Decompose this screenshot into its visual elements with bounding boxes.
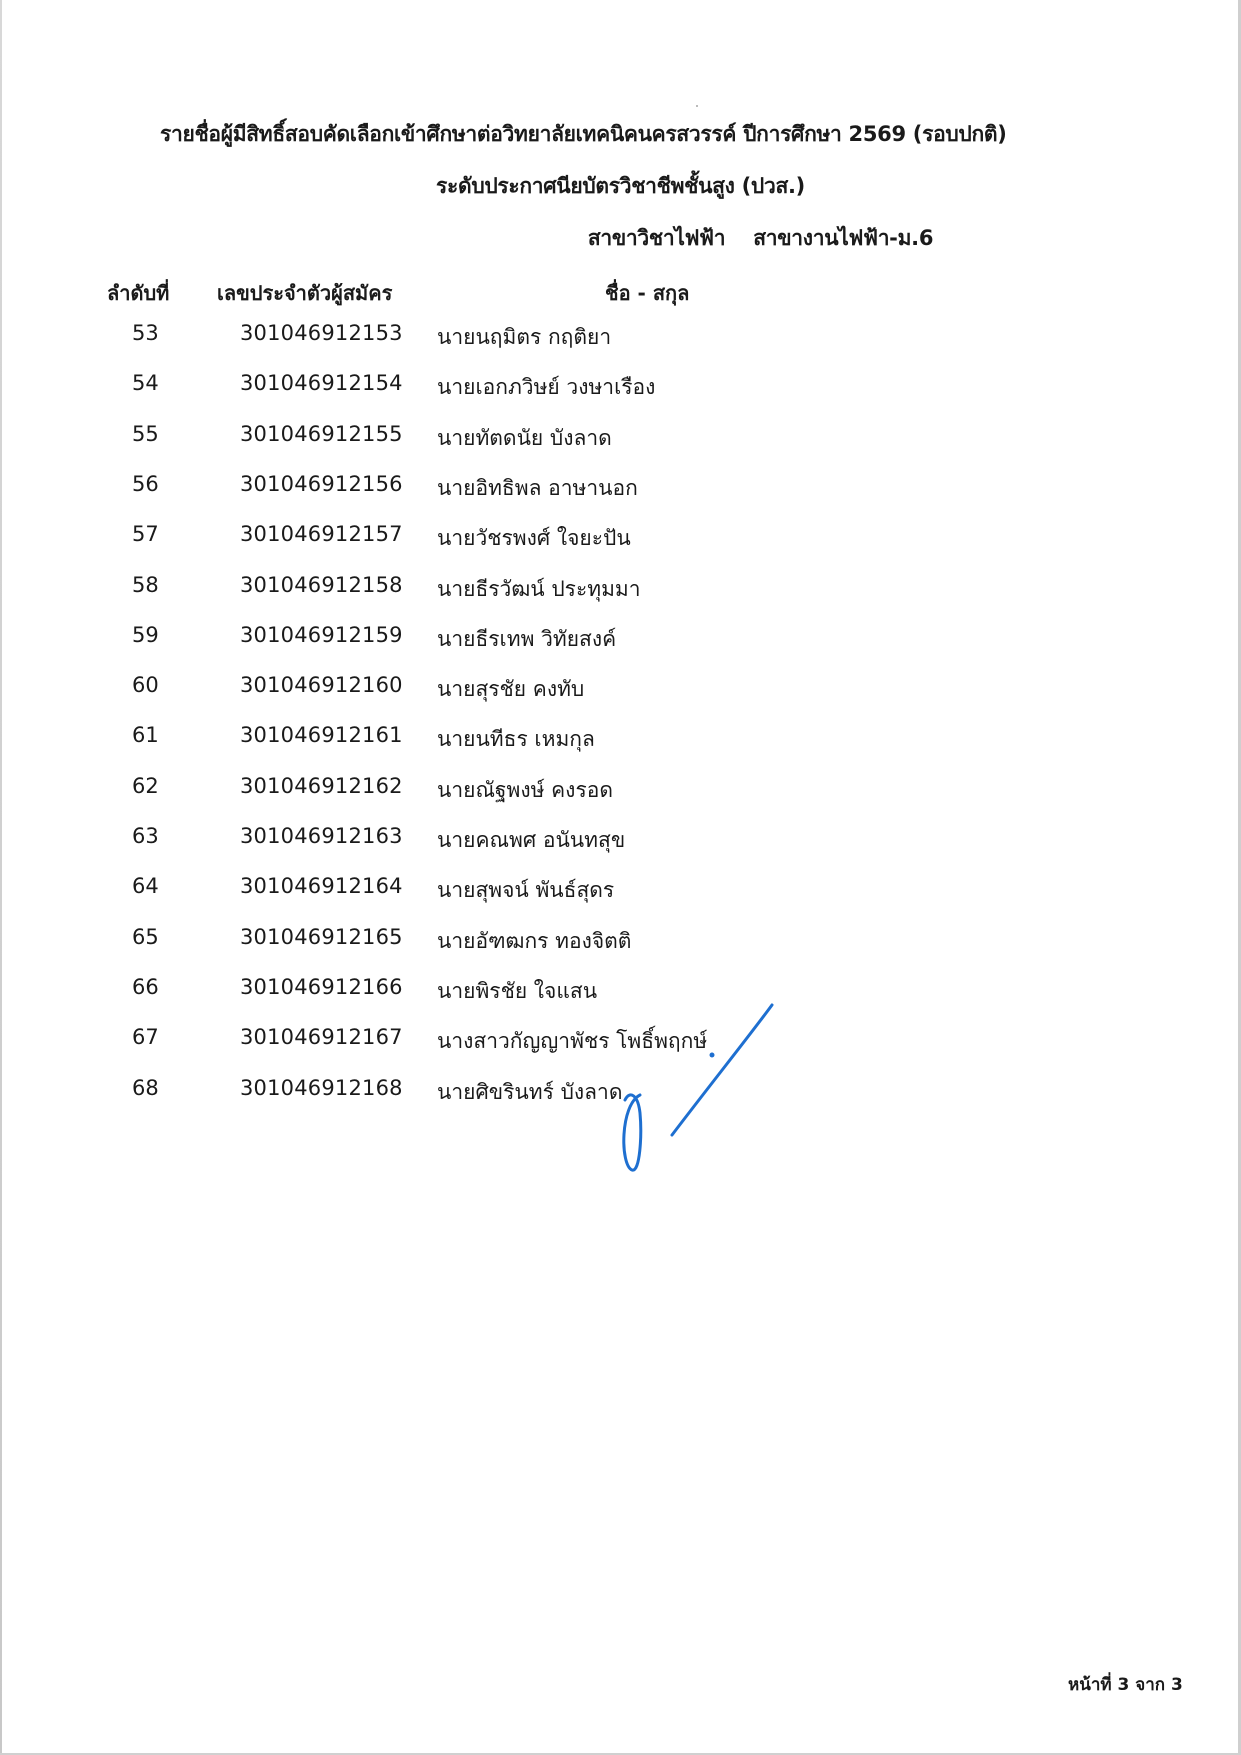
applicant-name: นายสุพจน์ พันธ์สุดร [437, 874, 614, 907]
applicant-id: 301046912154 [240, 371, 403, 395]
applicant-id: 301046912160 [240, 673, 403, 697]
row-number: 54 [132, 371, 159, 395]
applicant-id: 301046912156 [240, 472, 403, 496]
table-row: 58301046912158นายธีรวัฒน์ ประทุมมา [0, 573, 1241, 623]
applicant-id: 301046912163 [240, 824, 403, 848]
row-number: 60 [132, 673, 159, 697]
applicant-id: 301046912157 [240, 522, 403, 546]
department-line: สาขาวิชาไฟฟ้าสาขางานไฟฟ้า-ม.6 [140, 222, 1241, 255]
row-number: 64 [132, 874, 159, 898]
applicant-id: 301046912164 [240, 874, 403, 898]
applicant-name: นายธีรวัฒน์ ประทุมมา [437, 573, 641, 606]
column-header-name: ชื่อ - สกุล [605, 277, 689, 309]
table-row: 56301046912156นายอิทธิพล อาษานอก [0, 472, 1241, 522]
applicant-name: นายคณพศ อนันทสุข [437, 824, 625, 857]
applicant-id: 301046912168 [240, 1076, 403, 1100]
table-row: 59301046912159นายธีรเทพ วิทัยสงค์ [0, 623, 1241, 673]
document-subtitle: ระดับประกาศนียบัตรวิชาชีพชั้นสูง (ปวส.) [0, 170, 1241, 203]
table-row: 64301046912164นายสุพจน์ พันธ์สุดร [0, 874, 1241, 924]
applicant-id: 301046912167 [240, 1025, 403, 1049]
row-number: 59 [132, 623, 159, 647]
row-number: 63 [132, 824, 159, 848]
applicant-name: นายธีรเทพ วิทัยสงค์ [437, 623, 616, 656]
row-number: 67 [132, 1025, 159, 1049]
column-header-applicant-id: เลขประจำตัวผู้สมัคร [217, 277, 392, 309]
applicant-name: นายศิขรินทร์ บังลาด [437, 1076, 622, 1109]
table-row: 60301046912160นายสุรชัย คงทับ [0, 673, 1241, 723]
scan-speck [696, 105, 698, 107]
applicant-name: นายทัตดนัย บังลาด [437, 422, 612, 455]
applicant-id: 301046912165 [240, 925, 403, 949]
table-row: 54301046912154นายเอกภวิษย์ วงษาเรือง [0, 371, 1241, 421]
applicant-name: นายนทีธร เหมกุล [437, 723, 595, 756]
row-number: 65 [132, 925, 159, 949]
page-number: หน้าที่ 3 จาก 3 [1068, 1671, 1183, 1698]
applicant-name: นายอิทธิพล อาษานอก [437, 472, 638, 505]
table-row: 57301046912157นายวัชรพงศ์ ใจยะปัน [0, 522, 1241, 572]
applicant-name: นายวัชรพงศ์ ใจยะปัน [437, 522, 631, 555]
row-number: 55 [132, 422, 159, 446]
applicant-id: 301046912166 [240, 975, 403, 999]
department-label: สาขาวิชาไฟฟ้า [588, 226, 725, 250]
applicant-name: นายนฤมิตร กฤติยา [437, 321, 611, 354]
applicant-name: นายอัฑฒกร ทองจิตติ [437, 925, 631, 958]
table-row: 53301046912153นายนฤมิตร กฤติยา [0, 321, 1241, 371]
applicant-name: นายสุรชัย คงทับ [437, 673, 584, 706]
table-row: 55301046912155นายทัตดนัย บังลาด [0, 422, 1241, 472]
major-label: สาขางานไฟฟ้า-ม.6 [753, 226, 933, 250]
column-header-no: ลำดับที่ [107, 277, 169, 309]
applicant-id: 301046912159 [240, 623, 403, 647]
row-number: 61 [132, 723, 159, 747]
row-number: 53 [132, 321, 159, 345]
row-number: 66 [132, 975, 159, 999]
applicant-id: 301046912155 [240, 422, 403, 446]
row-number: 68 [132, 1076, 159, 1100]
row-number: 56 [132, 472, 159, 496]
applicant-name: นายเอกภวิษย์ วงษาเรือง [437, 371, 655, 404]
applicant-id: 301046912153 [240, 321, 403, 345]
row-number: 62 [132, 774, 159, 798]
applicant-name: นายณัฐพงษ์ คงรอด [437, 774, 613, 807]
row-number: 58 [132, 573, 159, 597]
table-row: 65301046912165นายอัฑฒกร ทองจิตติ [0, 925, 1241, 975]
table-row: 61301046912161นายนทีธร เหมกุล [0, 723, 1241, 773]
applicant-id: 301046912161 [240, 723, 403, 747]
applicant-id: 301046912162 [240, 774, 403, 798]
table-row: 62301046912162นายณัฐพงษ์ คงรอด [0, 774, 1241, 824]
table-row: 63301046912163นายคณพศ อนันทสุข [0, 824, 1241, 874]
signature-mark [600, 995, 780, 1175]
document-title: รายชื่อผู้มีสิทธิ์สอบคัดเลือกเข้าศึกษาต่… [160, 118, 1100, 151]
applicant-id: 301046912158 [240, 573, 403, 597]
applicant-name: นายพิรชัย ใจแสน [437, 975, 597, 1008]
row-number: 57 [132, 522, 159, 546]
